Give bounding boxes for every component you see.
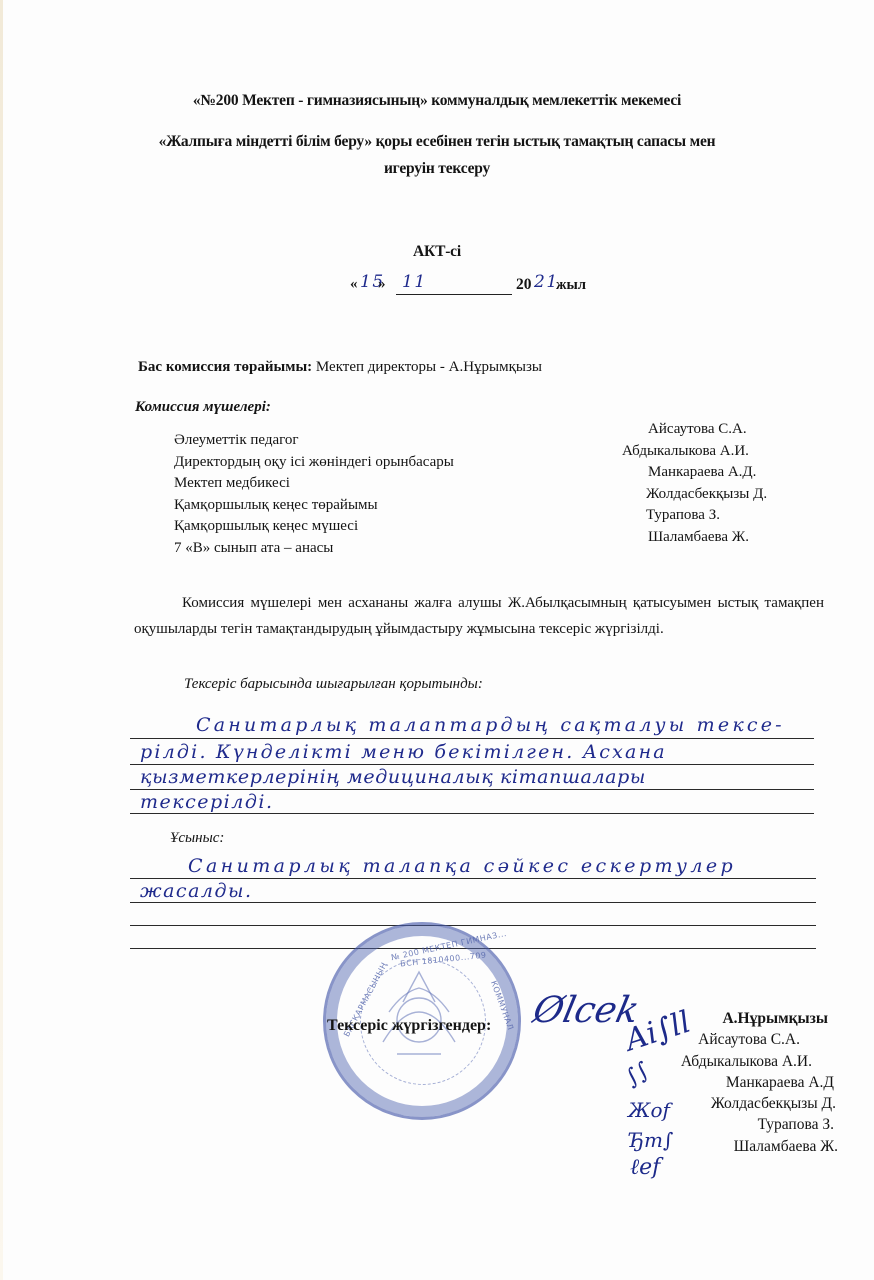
conclusion-handwritten-line: қызметкерлерінің медициналық кітапшалары bbox=[140, 766, 646, 788]
body-paragraph: Комиссия мүшелері мен асхананы жалға алу… bbox=[134, 590, 824, 642]
date-close-quote: » bbox=[378, 276, 386, 293]
inspectors-label: Тексеріс жүргізгендер: bbox=[327, 1017, 491, 1035]
scanned-document-page: «№200 Мектеп - гимназиясының» коммуналды… bbox=[0, 0, 874, 1280]
member-name: Жолдасбекқызы Д. bbox=[622, 484, 767, 506]
proposal-handwritten-line: жасалды. bbox=[140, 880, 253, 902]
date-year-prefix: 20 bbox=[516, 276, 532, 294]
signature-member: ∫∫ bbox=[621, 1058, 653, 1091]
proposal-label: Ұсыныс: bbox=[170, 830, 224, 847]
header-subject-line1: «Жалпыға міндетті білім беру» қоры есебі… bbox=[0, 133, 874, 151]
member-role: Әлеуметтік педагог bbox=[174, 430, 454, 452]
member-role: Қамқоршылық кеңес төрайымы bbox=[174, 495, 454, 517]
conclusion-label: Тексеріс барысында шығарылған қорытынды: bbox=[184, 676, 483, 693]
signature-member: Жof bbox=[628, 1098, 670, 1122]
members-names: Айсаутова С.А. Абдыкалыкова А.И. Манкара… bbox=[622, 419, 767, 548]
act-title: АКТ-сі bbox=[0, 243, 874, 261]
writing-line bbox=[130, 902, 816, 903]
signatory-name: Шаламбаева Ж. bbox=[681, 1136, 838, 1157]
paper-edge-shadow bbox=[0, 0, 3, 1280]
date-year-suffix: 21 bbox=[534, 272, 559, 292]
member-role: 7 «В» сынып ата – анасы bbox=[174, 538, 454, 560]
writing-line bbox=[130, 738, 814, 739]
member-name: Турапова З. bbox=[622, 505, 767, 527]
chair-value: Мектеп директоры - А.Нұрымқызы bbox=[316, 359, 542, 375]
member-role: Қамқоршылық кеңес мүшесі bbox=[174, 516, 454, 538]
proposal-handwritten-line: Санитарлық талапқа сәйкес ескертулер bbox=[188, 855, 736, 877]
member-role: Директордың оқу ісі жөніндегі орынбасары bbox=[174, 452, 454, 474]
writing-line bbox=[130, 813, 814, 814]
signatory-name: Манкараева А.Д bbox=[681, 1072, 834, 1093]
date-month: 11 bbox=[402, 272, 427, 292]
chair-label: Бас комиссия төрайымы: bbox=[138, 359, 312, 375]
date-open-quote: « bbox=[350, 276, 358, 293]
signatory-name: Айсаутова С.А. bbox=[681, 1029, 800, 1050]
signatories-list: А.Нұрымқызы Айсаутова С.А. Абдыкалыкова … bbox=[681, 1008, 838, 1157]
conclusion-handwritten-line: тексерілді. bbox=[140, 791, 274, 813]
conclusion-handwritten-line: рілді. Күнделікті меню бекітілген. Асхан… bbox=[140, 741, 667, 763]
header-subject-line2: игеруін тексеру bbox=[0, 160, 874, 178]
commission-chair: Бас комиссия төрайымы: Мектеп директоры … bbox=[138, 359, 542, 376]
date-month-underline bbox=[396, 294, 512, 295]
members-roles: Әлеуметтік педагог Директордың оқу ісі ж… bbox=[174, 430, 454, 559]
member-name: Манкараева А.Д. bbox=[622, 462, 767, 484]
member-name: Айсаутова С.А. bbox=[622, 419, 767, 441]
signatory-name: А.Нұрымқызы bbox=[681, 1008, 828, 1029]
member-name: Шаламбаева Ж. bbox=[622, 527, 767, 549]
members-title: Комиссия мүшелері: bbox=[135, 399, 271, 416]
header-institution: «№200 Мектеп - гимназиясының» коммуналды… bbox=[0, 92, 874, 110]
member-name: Абдыкалыкова А.И. bbox=[622, 441, 767, 463]
signatory-name: Жолдасбекқызы Д. bbox=[681, 1093, 836, 1114]
signature-member: ℓef bbox=[630, 1154, 660, 1180]
member-role: Мектеп медбикесі bbox=[174, 473, 454, 495]
signature-member: Ђm∫ bbox=[628, 1128, 673, 1152]
conclusion-handwritten-line: Санитарлық талаптардың сақталуы тексе- bbox=[196, 714, 785, 736]
signatory-name: Турапова З. bbox=[681, 1114, 834, 1135]
signatory-name: Абдыкалыкова А.И. bbox=[681, 1051, 812, 1072]
date-year-word: жыл bbox=[556, 277, 586, 294]
